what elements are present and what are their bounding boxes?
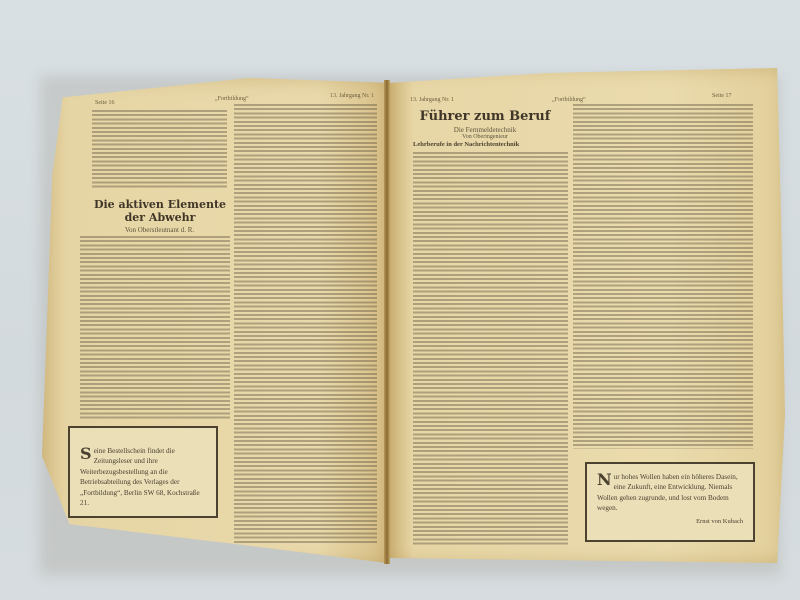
notice-text: eine Bestellschein findet die Zeitungsle… xyxy=(80,447,200,507)
left-column-text-main xyxy=(80,236,230,421)
left-center-header: „Fortbildung“ xyxy=(215,96,249,102)
right-issue-header: 13. Jahrgang Nr. 1 xyxy=(410,97,454,103)
left-title-line2: der Abwehr xyxy=(90,212,230,225)
notice-drop-cap: S xyxy=(80,446,92,462)
subscription-notice-box: S eine Bestellschein findet die Zeitungs… xyxy=(68,426,218,518)
left-issue-header: 13. Jahrgang Nr. 1 xyxy=(330,93,374,99)
left-column-text-top xyxy=(92,110,227,188)
right-column-text-left xyxy=(413,152,568,547)
center-fold xyxy=(384,80,390,564)
quote-author: Ernst von Kubach xyxy=(597,517,743,526)
right-column-text-right xyxy=(573,104,753,449)
quote-box: N ur hohes Wollen haben ein höheres Dase… xyxy=(585,462,755,542)
right-page-number: Seite 17 xyxy=(712,93,732,99)
quote-drop-cap: N xyxy=(597,472,612,488)
right-article-subtitle: Die Fernmeldetechnik xyxy=(400,126,570,134)
left-article-byline: Von Oberstleutnant d. R. xyxy=(92,226,227,234)
quote-text: ur hohes Wollen haben ein höheres Dasein… xyxy=(597,473,738,512)
right-section-heading: Lehrberufe in der Nachrichtentechnik xyxy=(413,141,519,148)
right-article-byline: Von Oberingenieur xyxy=(400,134,570,140)
left-article-title: Die aktiven Elemente der Abwehr xyxy=(90,199,230,224)
right-center-header: „Fortbildung“ xyxy=(552,97,586,103)
left-page-number: Seite 16 xyxy=(95,100,115,106)
right-article-title: Führer zum Beruf xyxy=(400,110,570,125)
left-column-text-right xyxy=(234,104,377,544)
left-title-line1: Die aktiven Elemente xyxy=(90,199,230,212)
